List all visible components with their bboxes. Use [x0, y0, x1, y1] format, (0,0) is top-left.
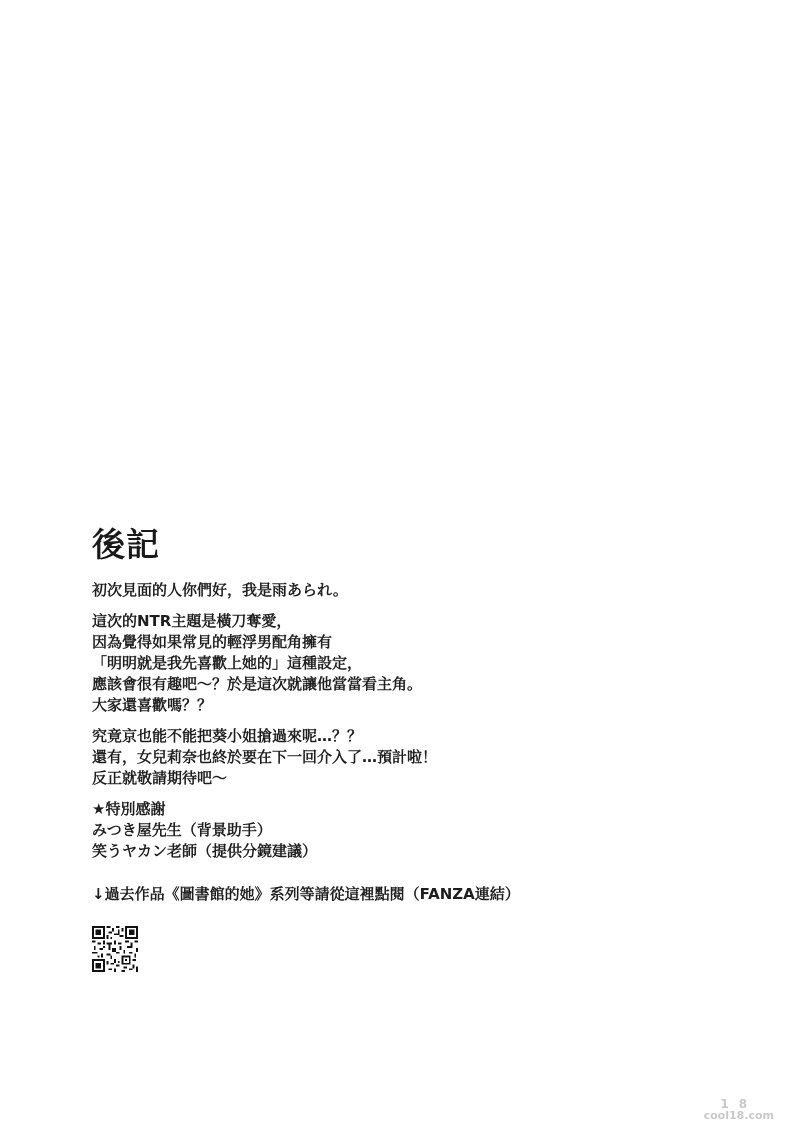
text-line: 大家還喜歡嗎？？	[92, 695, 712, 716]
page: 後記 初次見面的人你們好，我是雨あられ。 這次的NTR主題是橫刀奪愛， 因為覺得…	[0, 0, 800, 1130]
afterword-title: 後記	[92, 524, 712, 566]
paragraph-next: 究竟京也能不能把葵小姐搶過來呢…？？ 還有，女兒莉奈也終於要在下一回介入了…預計…	[92, 726, 712, 789]
fanza-link-text: ↓過去作品《圖書館的她》系列等請從這裡點閱（FANZA連結）	[92, 884, 712, 905]
text-line: 這次的NTR主題是橫刀奪愛，	[92, 611, 712, 632]
thanks-heading: ★特別感謝	[92, 799, 712, 820]
site-watermark: 18 cool18.com	[704, 1098, 774, 1122]
text-line: 因為覺得如果常見的輕浮男配角擁有	[92, 632, 712, 653]
afterword-section: 後記 初次見面的人你們好，我是雨あられ。 這次的NTR主題是橫刀奪愛， 因為覺得…	[92, 524, 712, 915]
text-line: 「明明就是我先喜歡上她的」這種設定，	[92, 653, 712, 674]
paragraph-greeting: 初次見面的人你們好，我是雨あられ。	[92, 580, 712, 601]
fanza-link-note: ↓過去作品《圖書館的她》系列等請從這裡點閱（FANZA連結）	[92, 884, 712, 905]
thanks-item: 笑うヤカン老師（提供分鏡建議）	[92, 841, 712, 862]
text-line: 初次見面的人你們好，我是雨あられ。	[92, 580, 712, 601]
paragraph-theme: 這次的NTR主題是橫刀奪愛， 因為覺得如果常見的輕浮男配角擁有 「明明就是我先喜…	[92, 611, 712, 716]
watermark-url: cool18.com	[704, 1110, 774, 1122]
text-line: 反正就敬請期待吧～	[92, 768, 712, 789]
text-line: 究竟京也能不能把葵小姐搶過來呢…？？	[92, 726, 712, 747]
text-line: 應該會很有趣吧～？於是這次就讓他當當看主角。	[92, 674, 712, 695]
text-line: 還有，女兒莉奈也終於要在下一回介入了…預計啦！	[92, 747, 712, 768]
thanks-item: みつき屋先生（背景助手）	[92, 820, 712, 841]
paragraph-thanks: ★特別感謝 みつき屋先生（背景助手） 笑うヤカン老師（提供分鏡建議）	[92, 799, 712, 862]
qr-code-icon[interactable]	[92, 926, 138, 972]
